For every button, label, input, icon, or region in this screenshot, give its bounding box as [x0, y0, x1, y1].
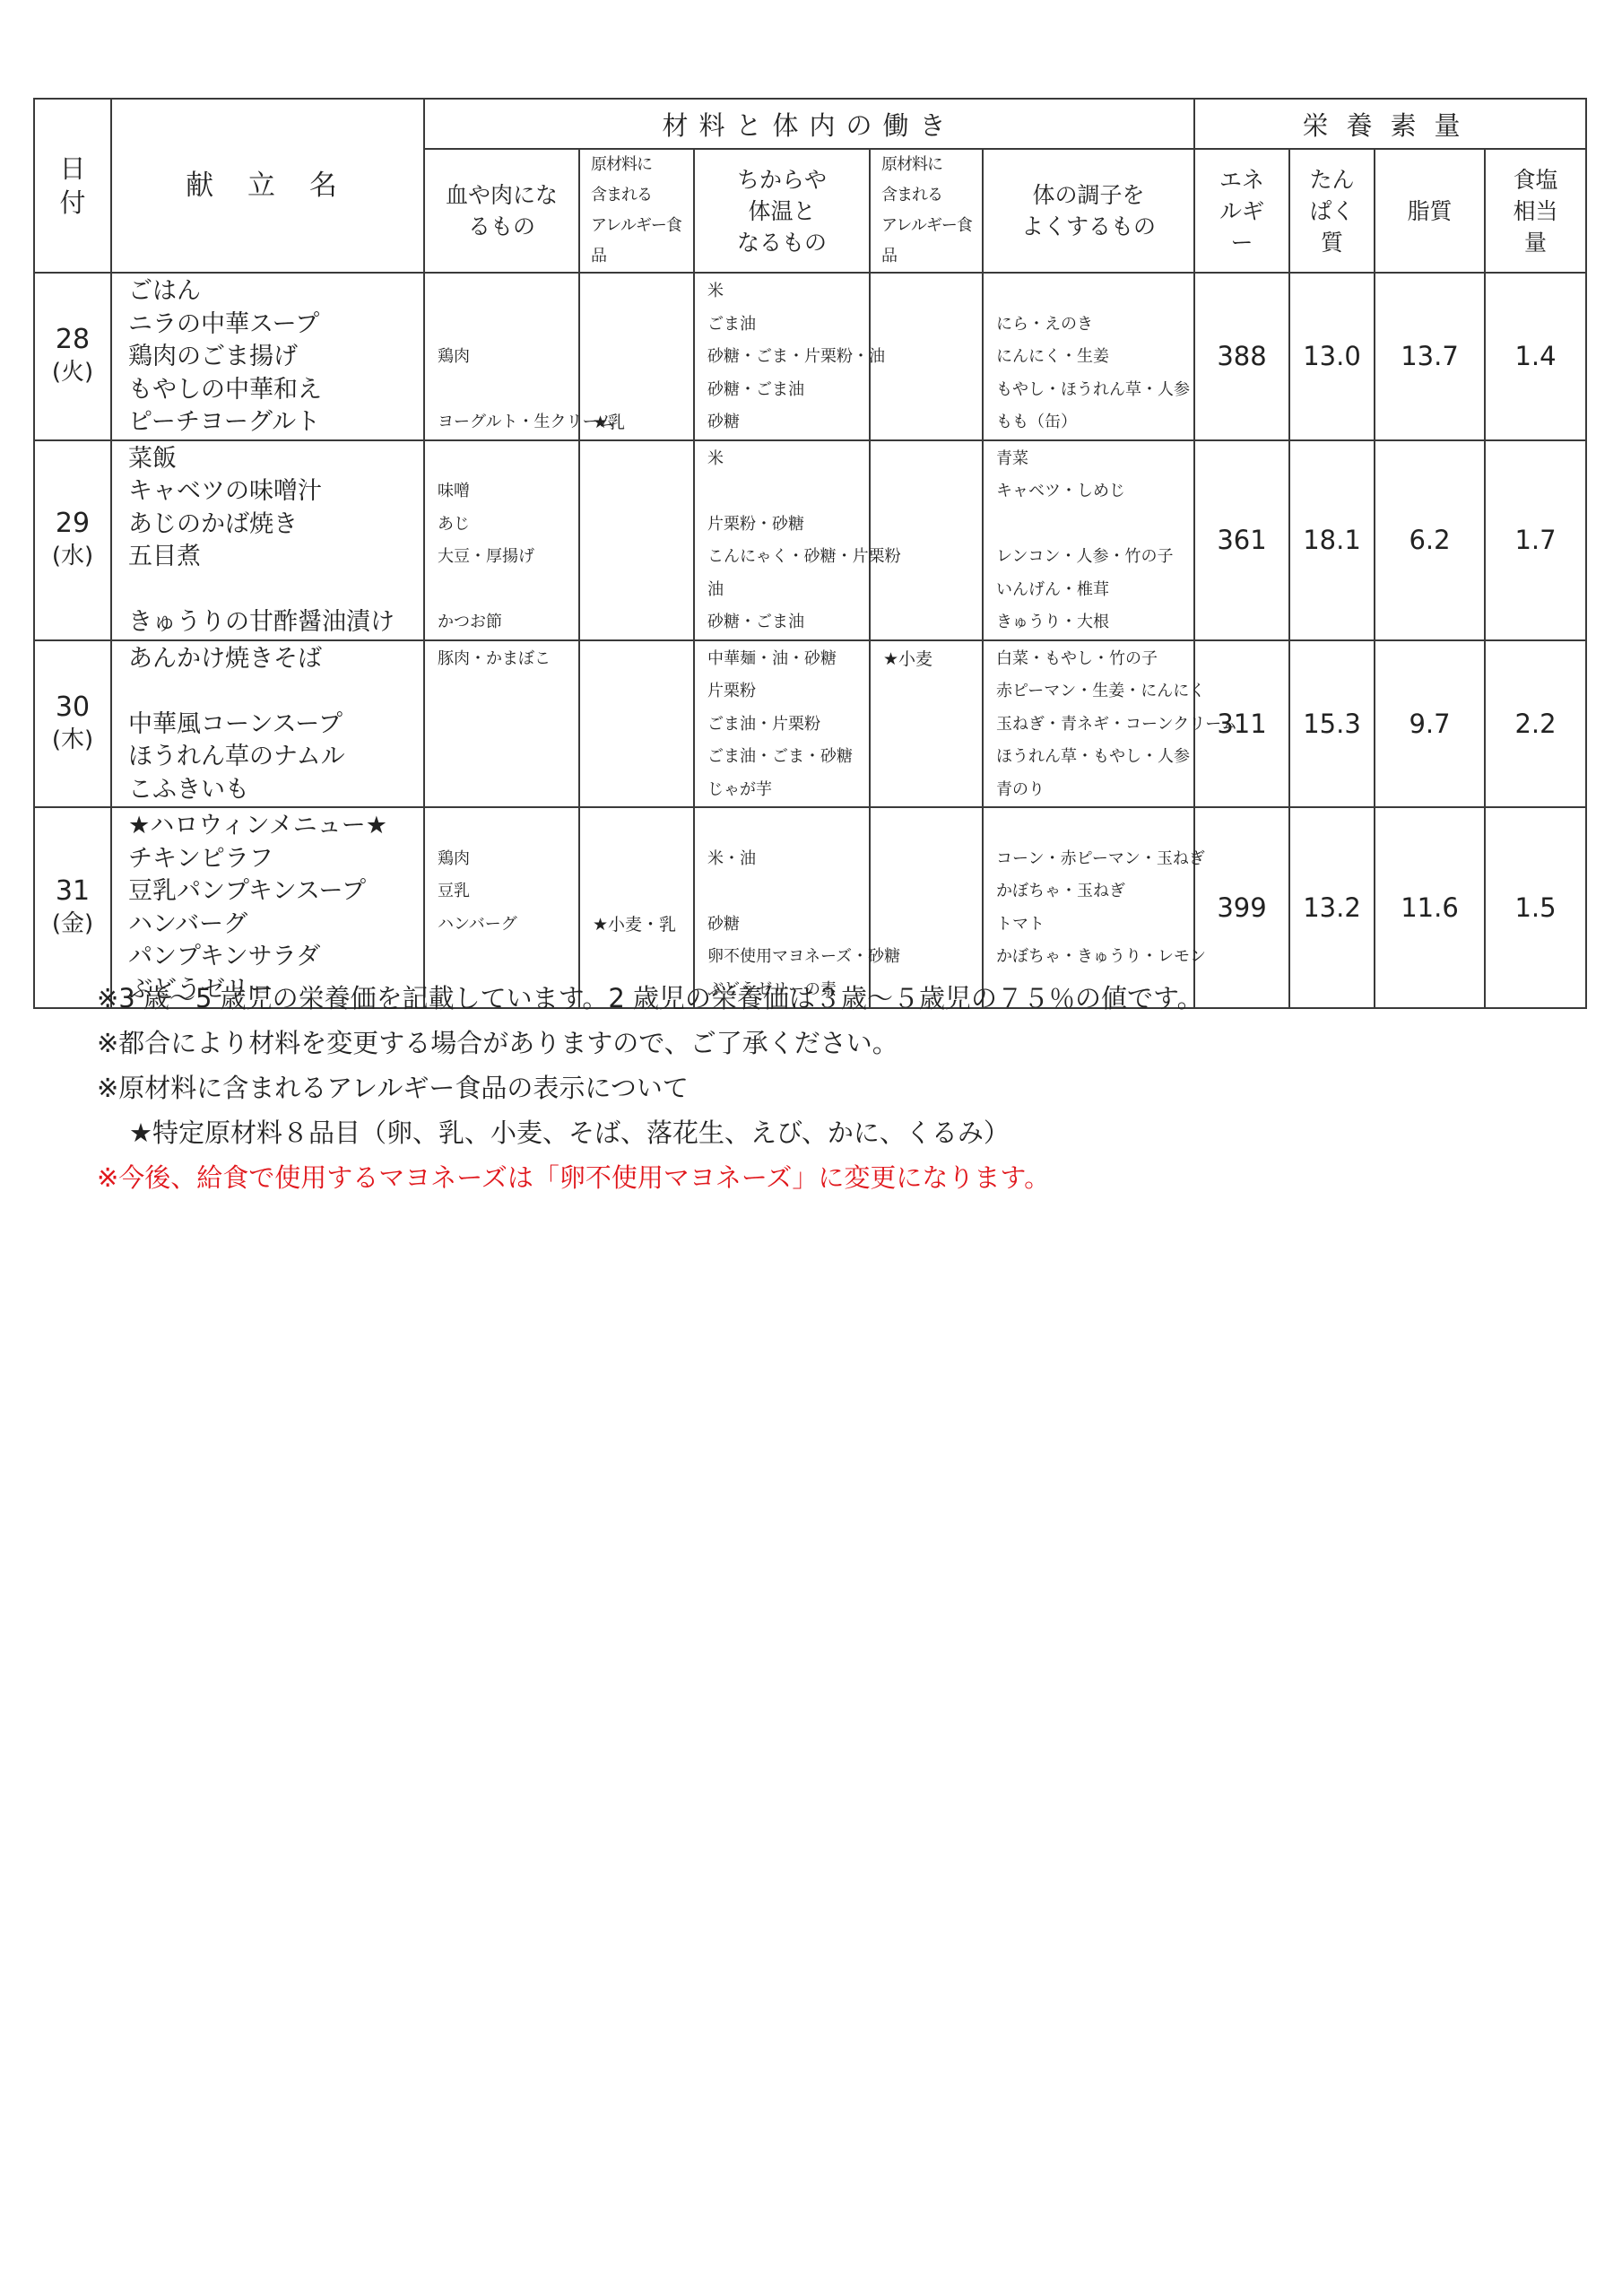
regulate-food-list: 白菜・もやし・竹の子赤ピーマン・生姜・にんにく玉ねぎ・青ネギ・コーンクリームほう…	[983, 640, 1194, 808]
header-energy-food: ちからや体温となるもの	[694, 149, 870, 273]
header-allergy-1: 原材料に含まれるアレルギー食品	[579, 149, 694, 273]
header-allergy-2: 原材料に含まれるアレルギー食品	[870, 149, 983, 273]
allergy-list-2	[870, 440, 983, 640]
allergy-list-2	[870, 273, 983, 440]
date-cell: 30(木)	[34, 640, 111, 808]
regulate-food-list: 青菜キャベツ・しめじレンコン・人参・竹の子いんげん・椎茸きゅうり・大根	[983, 440, 1194, 640]
regulate-food-list: にら・えのきにんにく・生姜もやし・ほうれん草・人参もも（缶）	[983, 273, 1194, 440]
fat-value: 13.7	[1375, 273, 1485, 440]
header-fat: 脂質	[1375, 149, 1485, 273]
allergy-list-2: ★小麦	[870, 640, 983, 808]
day-number: 28	[35, 324, 110, 356]
allergy-list-1	[579, 440, 694, 640]
day-of-week: (金)	[35, 908, 110, 940]
salt-value: 2.2	[1485, 640, 1586, 808]
header-ingredients-group: 材料と体内の働き	[424, 99, 1194, 149]
note-nutrition-age: ※3 歳～5 歳児の栄養価を記載しています。2 歳児の栄養価は３歳～５歳児の７５…	[97, 976, 1203, 1021]
header-date: 日付	[34, 99, 111, 273]
header-protein-food: 血や肉になるもの	[424, 149, 579, 273]
dish-list: ごはんニラの中華スープ鶏肉のごま揚げもやしの中華和えピーチヨーグルト	[111, 273, 424, 440]
header-energy: エネルギー	[1194, 149, 1289, 273]
date-cell: 29(水)	[34, 440, 111, 640]
allergy-list-1: ★乳	[579, 273, 694, 440]
note-ingredient-change: ※都合により材料を変更する場合がありますので、ご了承ください。	[97, 1021, 1203, 1065]
salt-value: 1.4	[1485, 273, 1586, 440]
day-number: 30	[35, 691, 110, 724]
dish-list: 菜飯キャベツの味噌汁あじのかば焼き五目煮きゅうりの甘酢醤油漬け	[111, 440, 424, 640]
energy-food-list: 米ごま油砂糖・ごま・片栗粉・油砂糖・ごま油砂糖	[694, 273, 870, 440]
note-specific-allergens: ★特定原材料８品目（卵、乳、小麦、そば、落花生、えび、かに、くるみ）	[97, 1110, 1203, 1155]
notes: ※3 歳～5 歳児の栄養価を記載しています。2 歳児の栄養価は３歳～５歳児の７５…	[97, 976, 1203, 1200]
energy-value: 399	[1194, 807, 1289, 1008]
menu-table: 日付 献 立 名 材料と体内の働き 栄養素量 血や肉になるもの 原材料に含まれる…	[33, 98, 1587, 1009]
header-menu-name: 献 立 名	[111, 99, 424, 273]
day-of-week: (木)	[35, 724, 110, 756]
protein-food-list: 鶏肉ヨーグルト・生クリーム	[424, 273, 579, 440]
fat-value: 6.2	[1375, 440, 1485, 640]
energy-food-list: 米片栗粉・砂糖こんにゃく・砂糖・片栗粉油砂糖・ごま油	[694, 440, 870, 640]
protein-value: 18.1	[1289, 440, 1375, 640]
header-salt: 食塩相当量	[1485, 149, 1586, 273]
header-regulate-food: 体の調子をよくするもの	[983, 149, 1194, 273]
protein-food-list: 豚肉・かまぼこ	[424, 640, 579, 808]
energy-value: 388	[1194, 273, 1289, 440]
table-row: 28(火)ごはんニラの中華スープ鶏肉のごま揚げもやしの中華和えピーチヨーグルト鶏…	[34, 273, 1586, 440]
day-of-week: (火)	[35, 356, 110, 388]
fat-value: 9.7	[1375, 640, 1485, 808]
allergy-list-1	[579, 640, 694, 808]
fat-value: 11.6	[1375, 807, 1485, 1008]
energy-value: 361	[1194, 440, 1289, 640]
dish-list: あんかけ焼きそば中華風コーンスープほうれん草のナムルこふきいも	[111, 640, 424, 808]
header-protein: たんぱく質	[1289, 149, 1375, 273]
note-allergy-display: ※原材料に含まれるアレルギー食品の表示について	[97, 1065, 1203, 1110]
protein-food-list: 味噌あじ大豆・厚揚げかつお節	[424, 440, 579, 640]
salt-value: 1.5	[1485, 807, 1586, 1008]
energy-food-list: 中華麺・油・砂糖片栗粉ごま油・片栗粉ごま油・ごま・砂糖じゃが芋	[694, 640, 870, 808]
day-number: 29	[35, 508, 110, 540]
day-of-week: (水)	[35, 540, 110, 572]
protein-value: 13.2	[1289, 807, 1375, 1008]
protein-value: 15.3	[1289, 640, 1375, 808]
table-row: 30(木)あんかけ焼きそば中華風コーンスープほうれん草のナムルこふきいも豚肉・か…	[34, 640, 1586, 808]
header-nutrition-group: 栄養素量	[1194, 99, 1586, 149]
note-mayonnaise-change: ※今後、給食で使用するマヨネーズは「卵不使用マヨネーズ」に変更になります。	[97, 1155, 1203, 1200]
table-row: 29(水)菜飯キャベツの味噌汁あじのかば焼き五目煮きゅうりの甘酢醤油漬け味噌あじ…	[34, 440, 1586, 640]
protein-value: 13.0	[1289, 273, 1375, 440]
day-number: 31	[35, 875, 110, 908]
date-cell: 28(火)	[34, 273, 111, 440]
salt-value: 1.7	[1485, 440, 1586, 640]
